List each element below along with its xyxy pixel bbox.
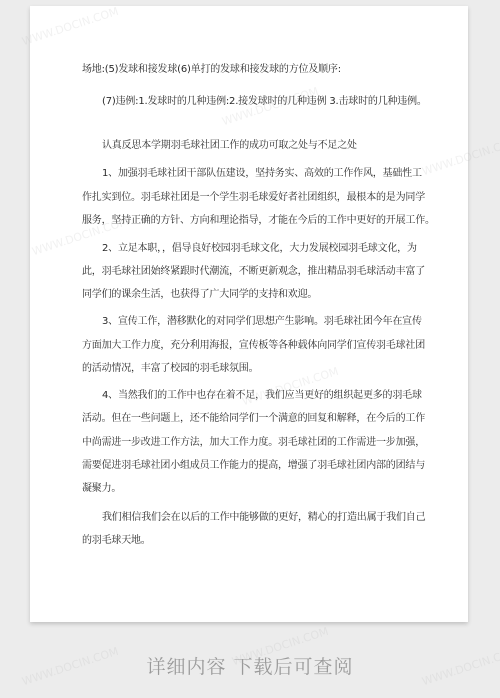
document-page: 场地:(5)发球和接发球(6)单打的发球和接发球的方位及顺序: (7)违例:1.… [30,6,468,622]
paragraph-3-line-2: 方面加大工作力度，充分利用海报，宣传板等各种载体向同学们宣传羽毛球社团 [82,336,425,351]
paragraph-3-line-3: 的活动情况，丰富了校园的羽毛球氛围。 [82,359,258,374]
paragraph-1-line-2: 作扎实到位。羽毛球社团是一个学生羽毛球爱好者社团组织，最根本的是为同学 [82,188,425,203]
paragraph-5-line-1: 我们相信我们会在以后的工作中能够做的更好，精心的打造出属于我们自己 [102,508,425,523]
paragraph-1-line-1: 1、加强羽毛球社团干部队伍建设，坚持务实、高效的工作作风，基础性工 [102,164,422,179]
header-line-2: (7)违例:1.发球时的几种违例:2.接发球时的几种违例 3.击球时的几种违例。 [102,92,427,107]
paragraph-2-line-3: 同学们的课余生活，也获得了广大同学的支持和欢迎。 [82,285,317,300]
download-hint: 详细内容 下载后可查阅 [0,652,500,679]
paragraph-4-line-5: 凝聚力。 [82,479,121,494]
paragraph-4-line-1: 4、当然我们的工作中也存在着不足，我们应当更好的组织起更多的羽毛球 [102,386,422,401]
paragraph-3-line-1: 3、宣传工作，潜移默化的对同学们思想产生影响。羽毛球社团今年在宣传 [102,312,422,327]
paragraph-1-line-3: 服务，坚持正确的方针、方向和理论指导，才能在今后的工作中更好的开展工作。 [82,211,435,226]
section-title: 认真反思本学期羽毛球社团工作的成功可取之处与不足之处 [102,136,357,151]
paragraph-4-line-2: 活动。但在一些问题上，还不能给同学们一个满意的回复和解释，在今后的工作 [82,409,425,424]
paragraph-2-line-1: 2、立足本职，，倡导良好校园羽毛球文化，大力发展校园羽毛球文化，为 [102,239,417,254]
header-line-1: 场地:(5)发球和接发球(6)单打的发球和接发球的方位及顺序: [82,60,341,75]
paragraph-4-line-3: 中尚需进一步改进工作方法，加大工作力度。羽毛球社团的工作需进一步加强， [82,433,425,448]
paragraph-4-line-4: 需要促进羽毛球社团小组成员工作能力的提高，增强了羽毛球社团内部的团结与 [82,456,425,471]
paragraph-2-line-2: 此，羽毛球社团始终紧跟时代潮流，不断更新观念，推出精品羽毛球活动丰富了 [82,262,425,277]
paragraph-5-line-2: 的羽毛球天地。 [82,531,151,546]
